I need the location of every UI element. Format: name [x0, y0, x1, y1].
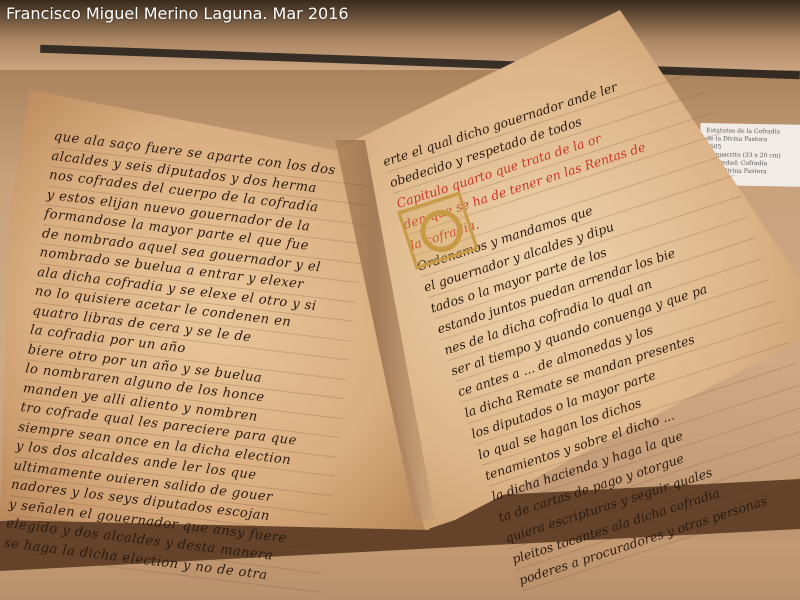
photo-watermark: Francisco Miguel Merino Laguna. Mar 2016	[6, 4, 349, 23]
left-page-text: que ala saço fuere se aparte con los dos…	[3, 128, 373, 593]
